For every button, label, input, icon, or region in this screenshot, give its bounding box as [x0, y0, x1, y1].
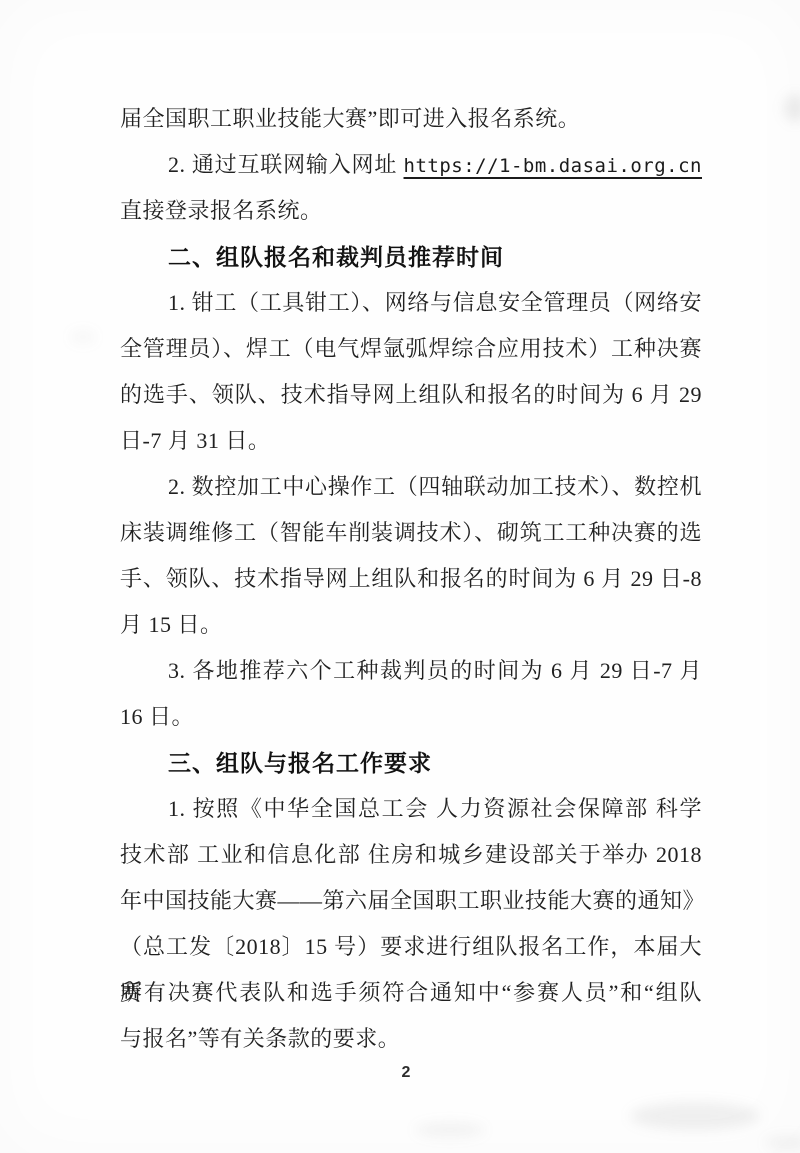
- body-text-line: 床装调维修工（智能车削装调技术）、砌筑工工种决赛的选: [120, 510, 702, 556]
- document-body: 届全国职工职业技能大赛”即可进入报名系统。 2. 通过互联网输入网址 https…: [120, 96, 702, 1062]
- body-text-line: 2. 数控加工中心操作工（四轴联动加工技术）、数控机: [120, 464, 702, 510]
- body-text-line: 与报名”等有关条款的要求。: [120, 1016, 702, 1062]
- body-text-line: 3. 各地推荐六个工种裁判员的时间为 6 月 29 日-7 月: [120, 648, 702, 694]
- scan-smudge: [765, 1136, 800, 1150]
- body-text-line: 16 日。: [120, 694, 702, 740]
- body-text-line: 手、领队、技术指导网上组队和报名的时间为 6 月 29 日-8: [120, 556, 702, 602]
- body-text-line: 日-7 月 31 日。: [120, 418, 702, 464]
- scan-smudge: [415, 1122, 485, 1138]
- body-text-line: 所有决赛代表队和选手须符合通知中“参赛人员”和“组队: [120, 970, 702, 1016]
- body-text-line: （总工发〔2018〕15 号）要求进行组队报名工作，本届大赛: [120, 924, 702, 970]
- scan-smudge: [784, 94, 800, 122]
- scanned-document-page: 届全国职工职业技能大赛”即可进入报名系统。 2. 通过互联网输入网址 https…: [0, 0, 800, 1153]
- registration-url[interactable]: https://1-bm.dasai.org.cn: [404, 155, 702, 177]
- body-text-line: 1. 钳工（工具钳工）、网络与信息安全管理员（网络安: [120, 280, 702, 326]
- section-heading-2: 二、组队报名和裁判员推荐时间: [120, 234, 702, 280]
- scan-smudge: [70, 330, 96, 344]
- scan-smudge: [630, 1102, 760, 1130]
- body-text-line: 全管理员）、焊工（电气焊氩弧焊综合应用技术）工种决赛: [120, 326, 702, 372]
- body-text-line: 届全国职工职业技能大赛”即可进入报名系统。: [120, 96, 702, 142]
- body-text-line: 1. 按照《中华全国总工会 人力资源社会保障部 科学: [120, 786, 702, 832]
- body-text-line: 直接登录报名系统。: [120, 188, 702, 234]
- section-heading-3: 三、组队与报名工作要求: [120, 740, 702, 786]
- body-text-line: 2. 通过互联网输入网址 https://1-bm.dasai.org.cn: [120, 142, 702, 188]
- body-text-line: 年中国技能大赛——第六届全国职工职业技能大赛的通知》: [120, 878, 702, 924]
- body-text-line: 的选手、领队、技术指导网上组队和报名的时间为 6 月 29: [120, 372, 702, 418]
- url-line-prefix: 2. 通过互联网输入网址: [168, 152, 404, 177]
- body-text-line: 月 15 日。: [120, 602, 702, 648]
- body-text-line: 技术部 工业和信息化部 住房和城乡建设部关于举办 2018: [120, 832, 702, 878]
- page-number: 2: [120, 1058, 692, 1088]
